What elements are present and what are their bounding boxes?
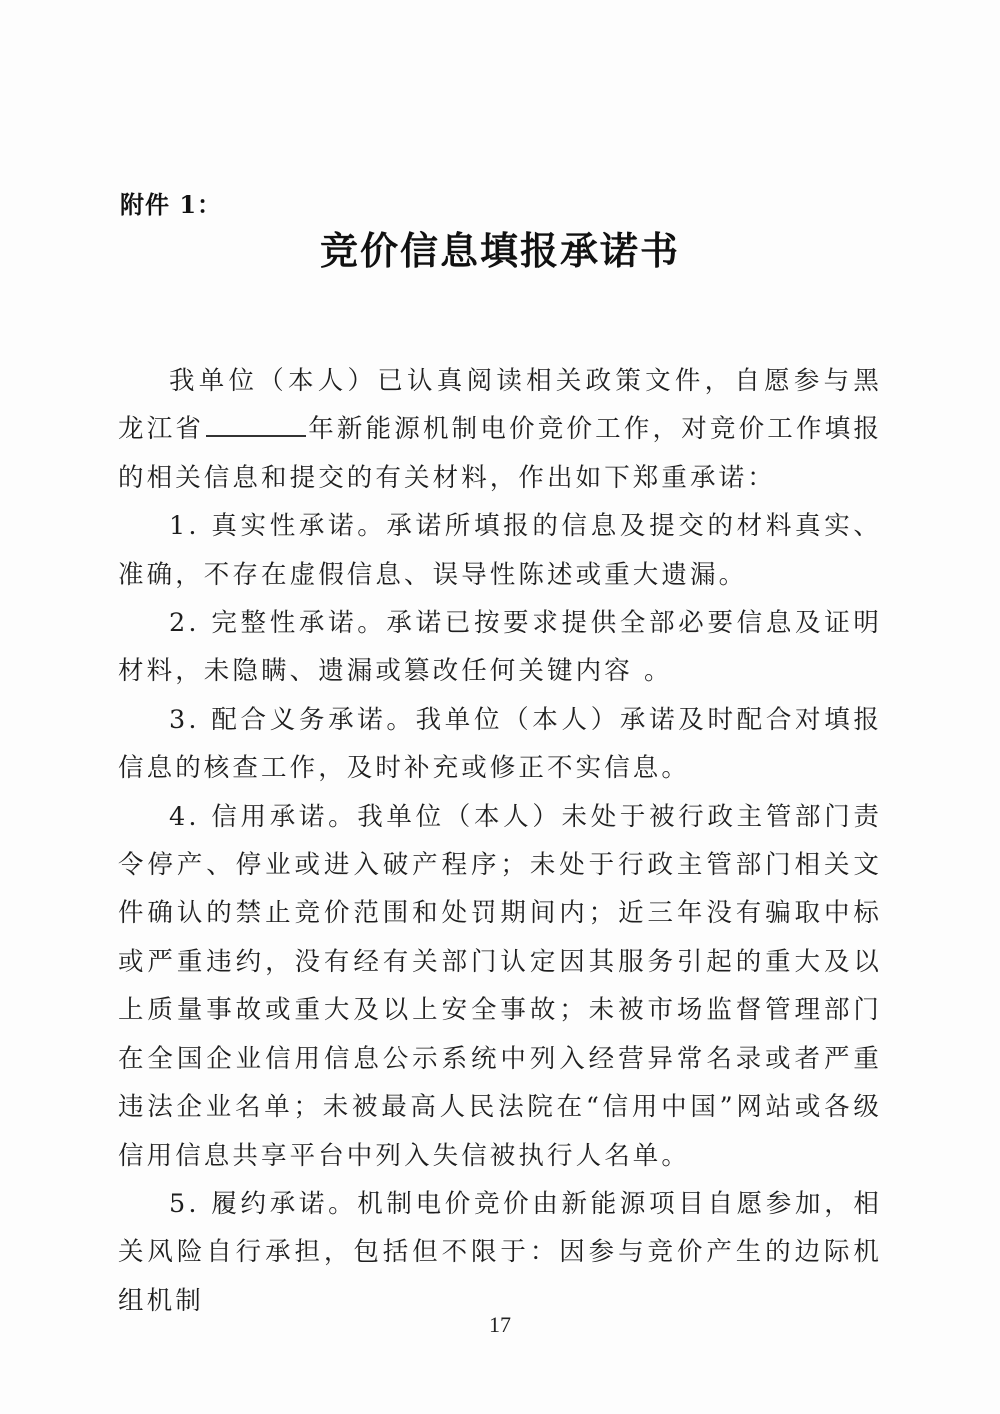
- page-number: 17: [0, 1312, 1000, 1338]
- commitment-text: 配合义务承诺。我单位（本人）承诺及时配合对填报信息的核查工作，及时补充或修正不实…: [118, 705, 882, 783]
- commitment-number: 5.: [169, 1189, 200, 1219]
- attachment-label: 附件 1：: [120, 185, 222, 220]
- document-page: 附件 1： 竞价信息填报承诺书 我单位（本人）已认真阅读相关政策文件，自愿参与黑…: [0, 0, 1000, 1414]
- year-blank-field[interactable]: [206, 409, 306, 437]
- commitment-text: 信用承诺。我单位（本人）未处于被行政主管部门责令停产、停业或进入破产程序；未处于…: [118, 802, 882, 1171]
- commitment-number: 4.: [169, 802, 200, 832]
- document-body: 我单位（本人）已认真阅读相关政策文件，自愿参与黑龙江省年新能源机制电价竞价工作，…: [118, 357, 882, 1325]
- commitment-item-1: 1. 真实性承诺。承诺所填报的信息及提交的材料真实、准确，不存在虚假信息、误导性…: [118, 502, 882, 599]
- document-title: 竞价信息填报承诺书: [0, 220, 1000, 275]
- commitment-number: 3.: [169, 705, 200, 735]
- commitment-item-4: 4. 信用承诺。我单位（本人）未处于被行政主管部门责令停产、停业或进入破产程序；…: [118, 793, 882, 1180]
- commitment-text: 真实性承诺。承诺所填报的信息及提交的材料真实、准确，不存在虚假信息、误导性陈述或…: [118, 511, 882, 589]
- intro-paragraph: 我单位（本人）已认真阅读相关政策文件，自愿参与黑龙江省年新能源机制电价竞价工作，…: [118, 357, 882, 502]
- commitment-item-5: 5. 履约承诺。机制电价竞价由新能源项目自愿参加，相关风险自行承担，包括但不限于…: [118, 1180, 882, 1325]
- commitment-item-2: 2. 完整性承诺。承诺已按要求提供全部必要信息及证明材料，未隐瞒、遗漏或篡改任何…: [118, 599, 882, 696]
- commitment-text: 履约承诺。机制电价竞价由新能源项目自愿参加，相关风险自行承担，包括但不限于：因参…: [118, 1189, 882, 1316]
- commitment-number: 1.: [169, 511, 200, 541]
- commitment-text: 完整性承诺。承诺已按要求提供全部必要信息及证明材料，未隐瞒、遗漏或篡改任何关键内…: [118, 608, 882, 686]
- commitment-number: 2.: [169, 608, 200, 638]
- commitment-item-3: 3. 配合义务承诺。我单位（本人）承诺及时配合对填报信息的核查工作，及时补充或修…: [118, 696, 882, 793]
